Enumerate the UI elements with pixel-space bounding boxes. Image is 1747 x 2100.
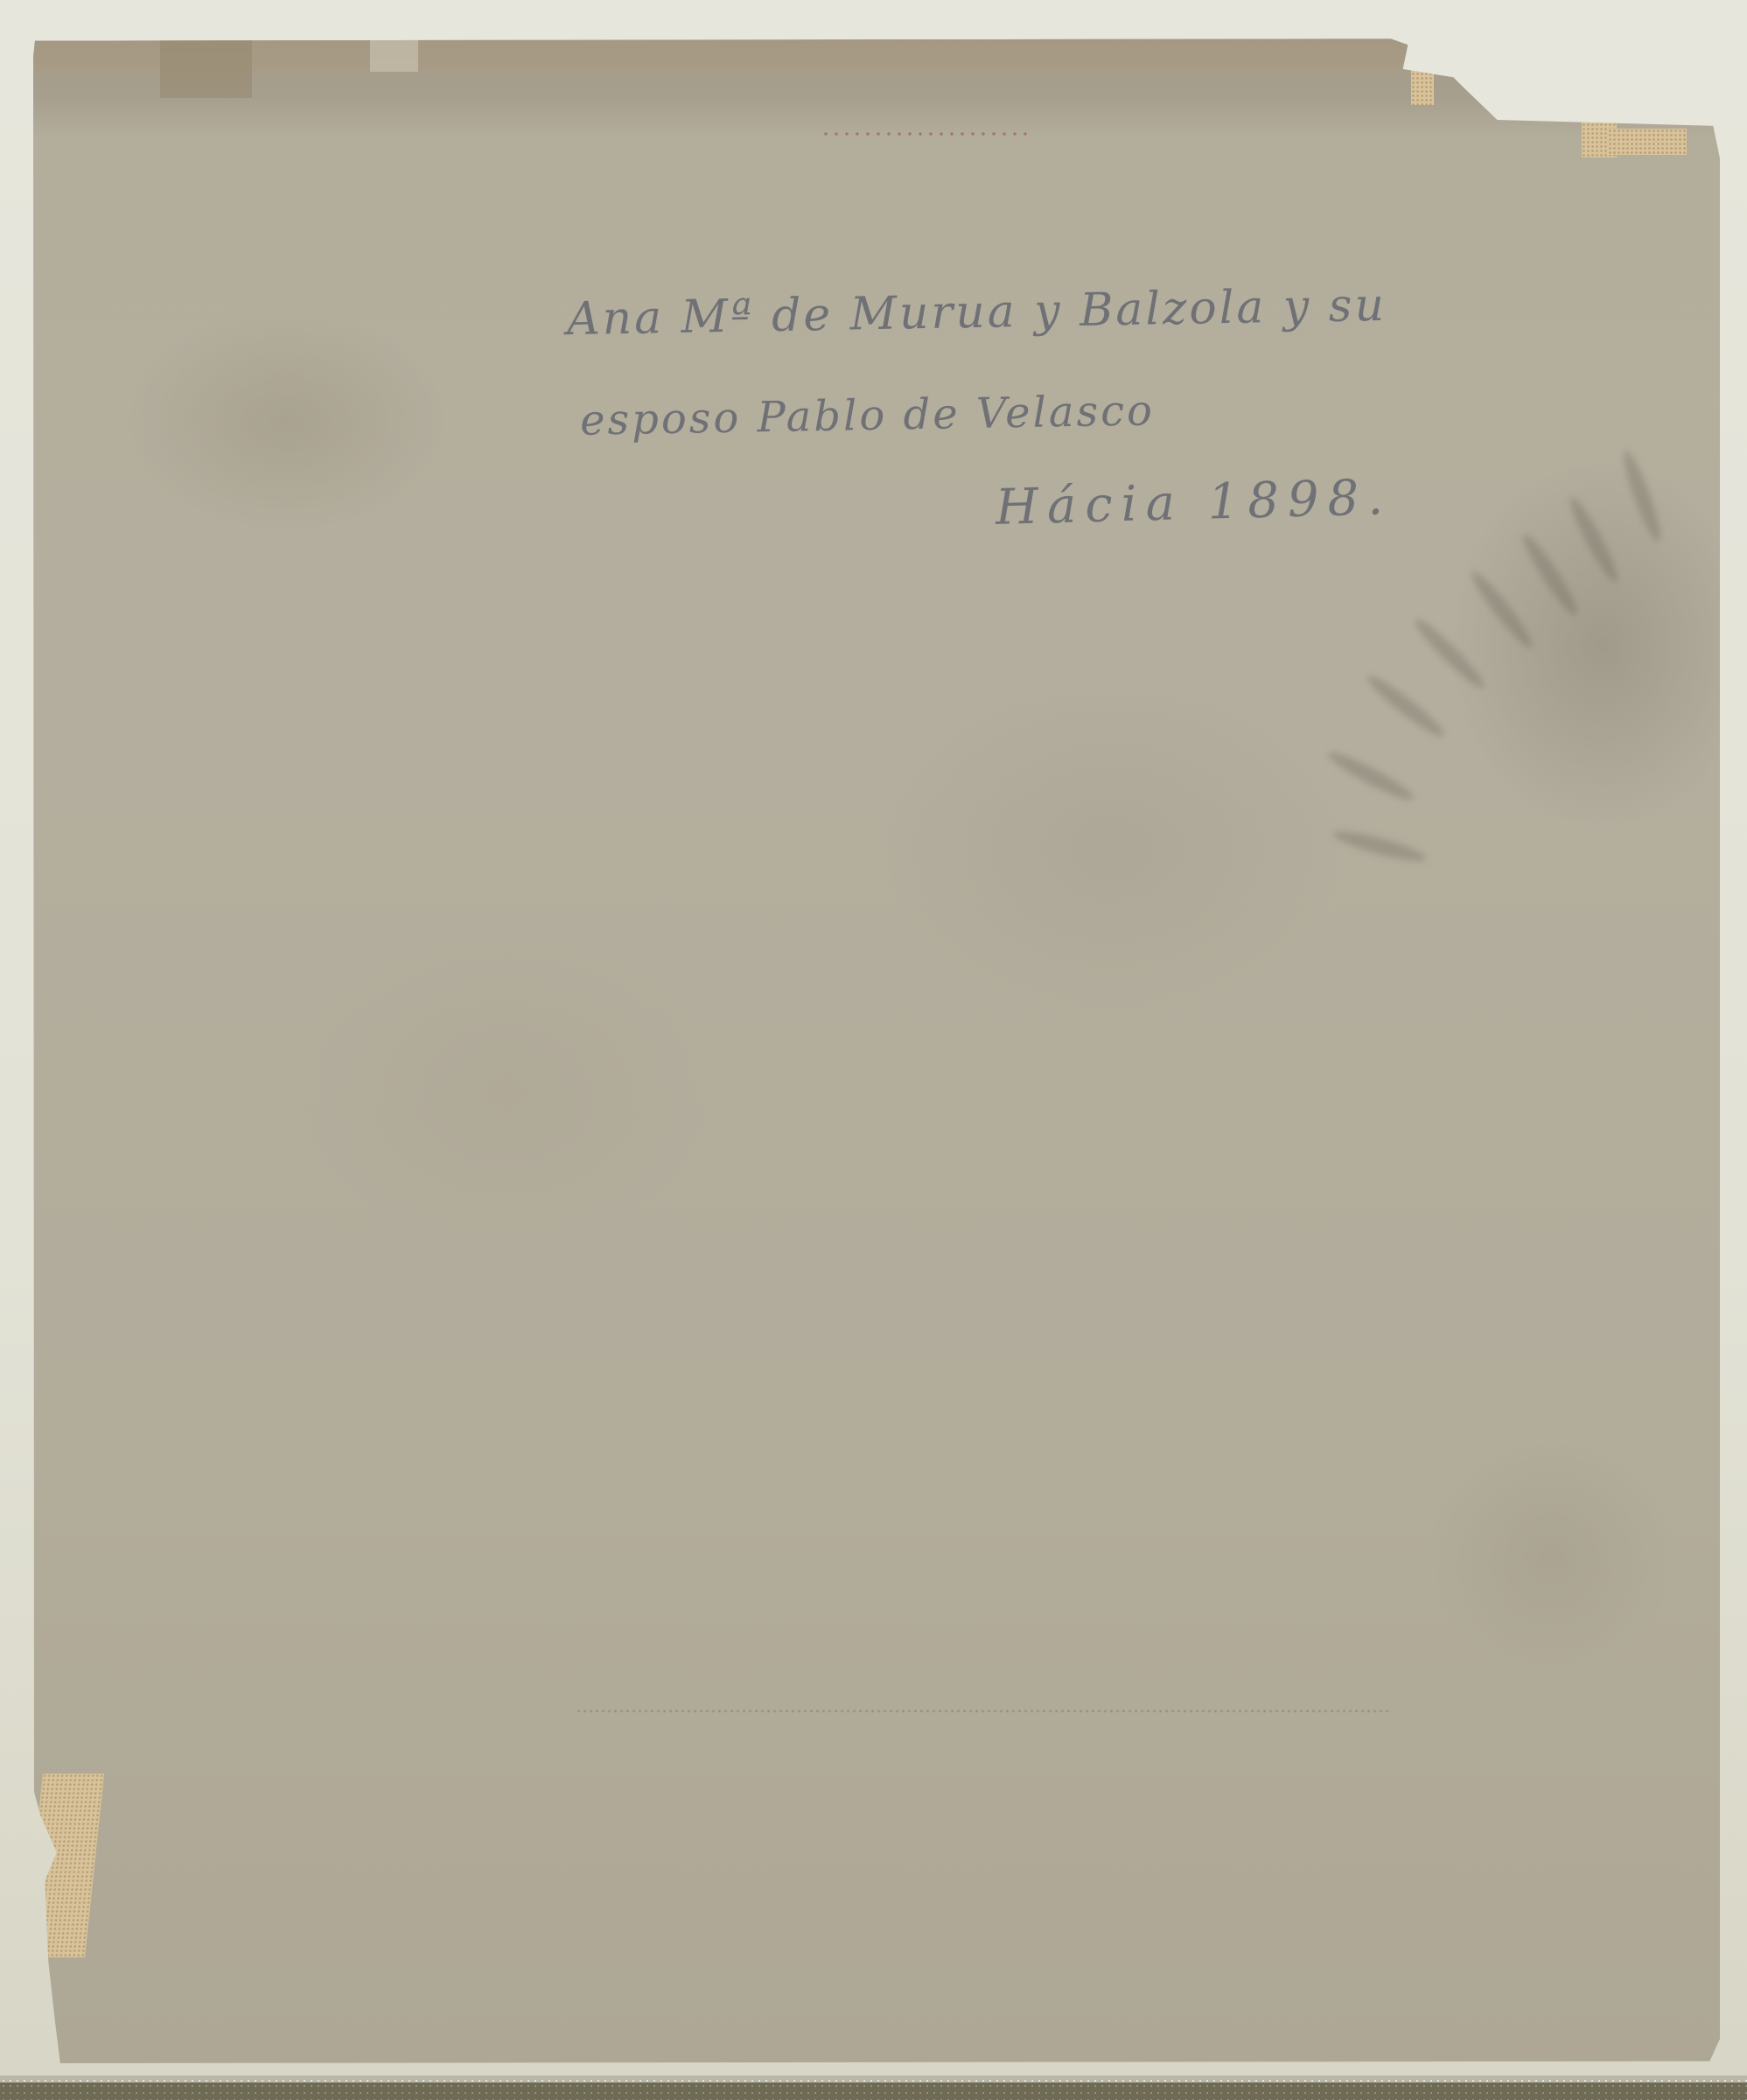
inscription-line-2: esposo Pablo de Velasco <box>580 386 1156 444</box>
stamp-offset-mark <box>1517 530 1583 619</box>
inscription-line-1: Ana Mª de Murua y Balzola y su <box>567 279 1387 346</box>
inscription-date: Hácia 1898. <box>995 469 1393 536</box>
stamp-offset-mark <box>1564 493 1624 586</box>
strip-dark-band <box>0 2082 1747 2100</box>
torn-corner-top-right <box>1608 129 1687 155</box>
stamp-offset-mark <box>1466 567 1538 653</box>
stamp-offset-mark <box>1331 826 1429 866</box>
strip-light-band <box>0 2075 1747 2082</box>
stamp-offset-mark <box>1363 670 1449 742</box>
stamp-offset-mark <box>1324 746 1417 806</box>
tape-residue <box>370 37 418 72</box>
stamp-offset-mark <box>1618 448 1667 544</box>
photo-mount-card-back: Ana Mª de Murua y Balzola y su esposo Pa… <box>33 37 1720 2063</box>
red-ink-specks <box>821 131 1031 136</box>
faint-pencil-line <box>576 1710 1389 1712</box>
tape-residue <box>160 37 252 98</box>
stamp-offset-mark <box>1410 614 1490 694</box>
viewer-bottom-strip <box>0 2075 1747 2100</box>
